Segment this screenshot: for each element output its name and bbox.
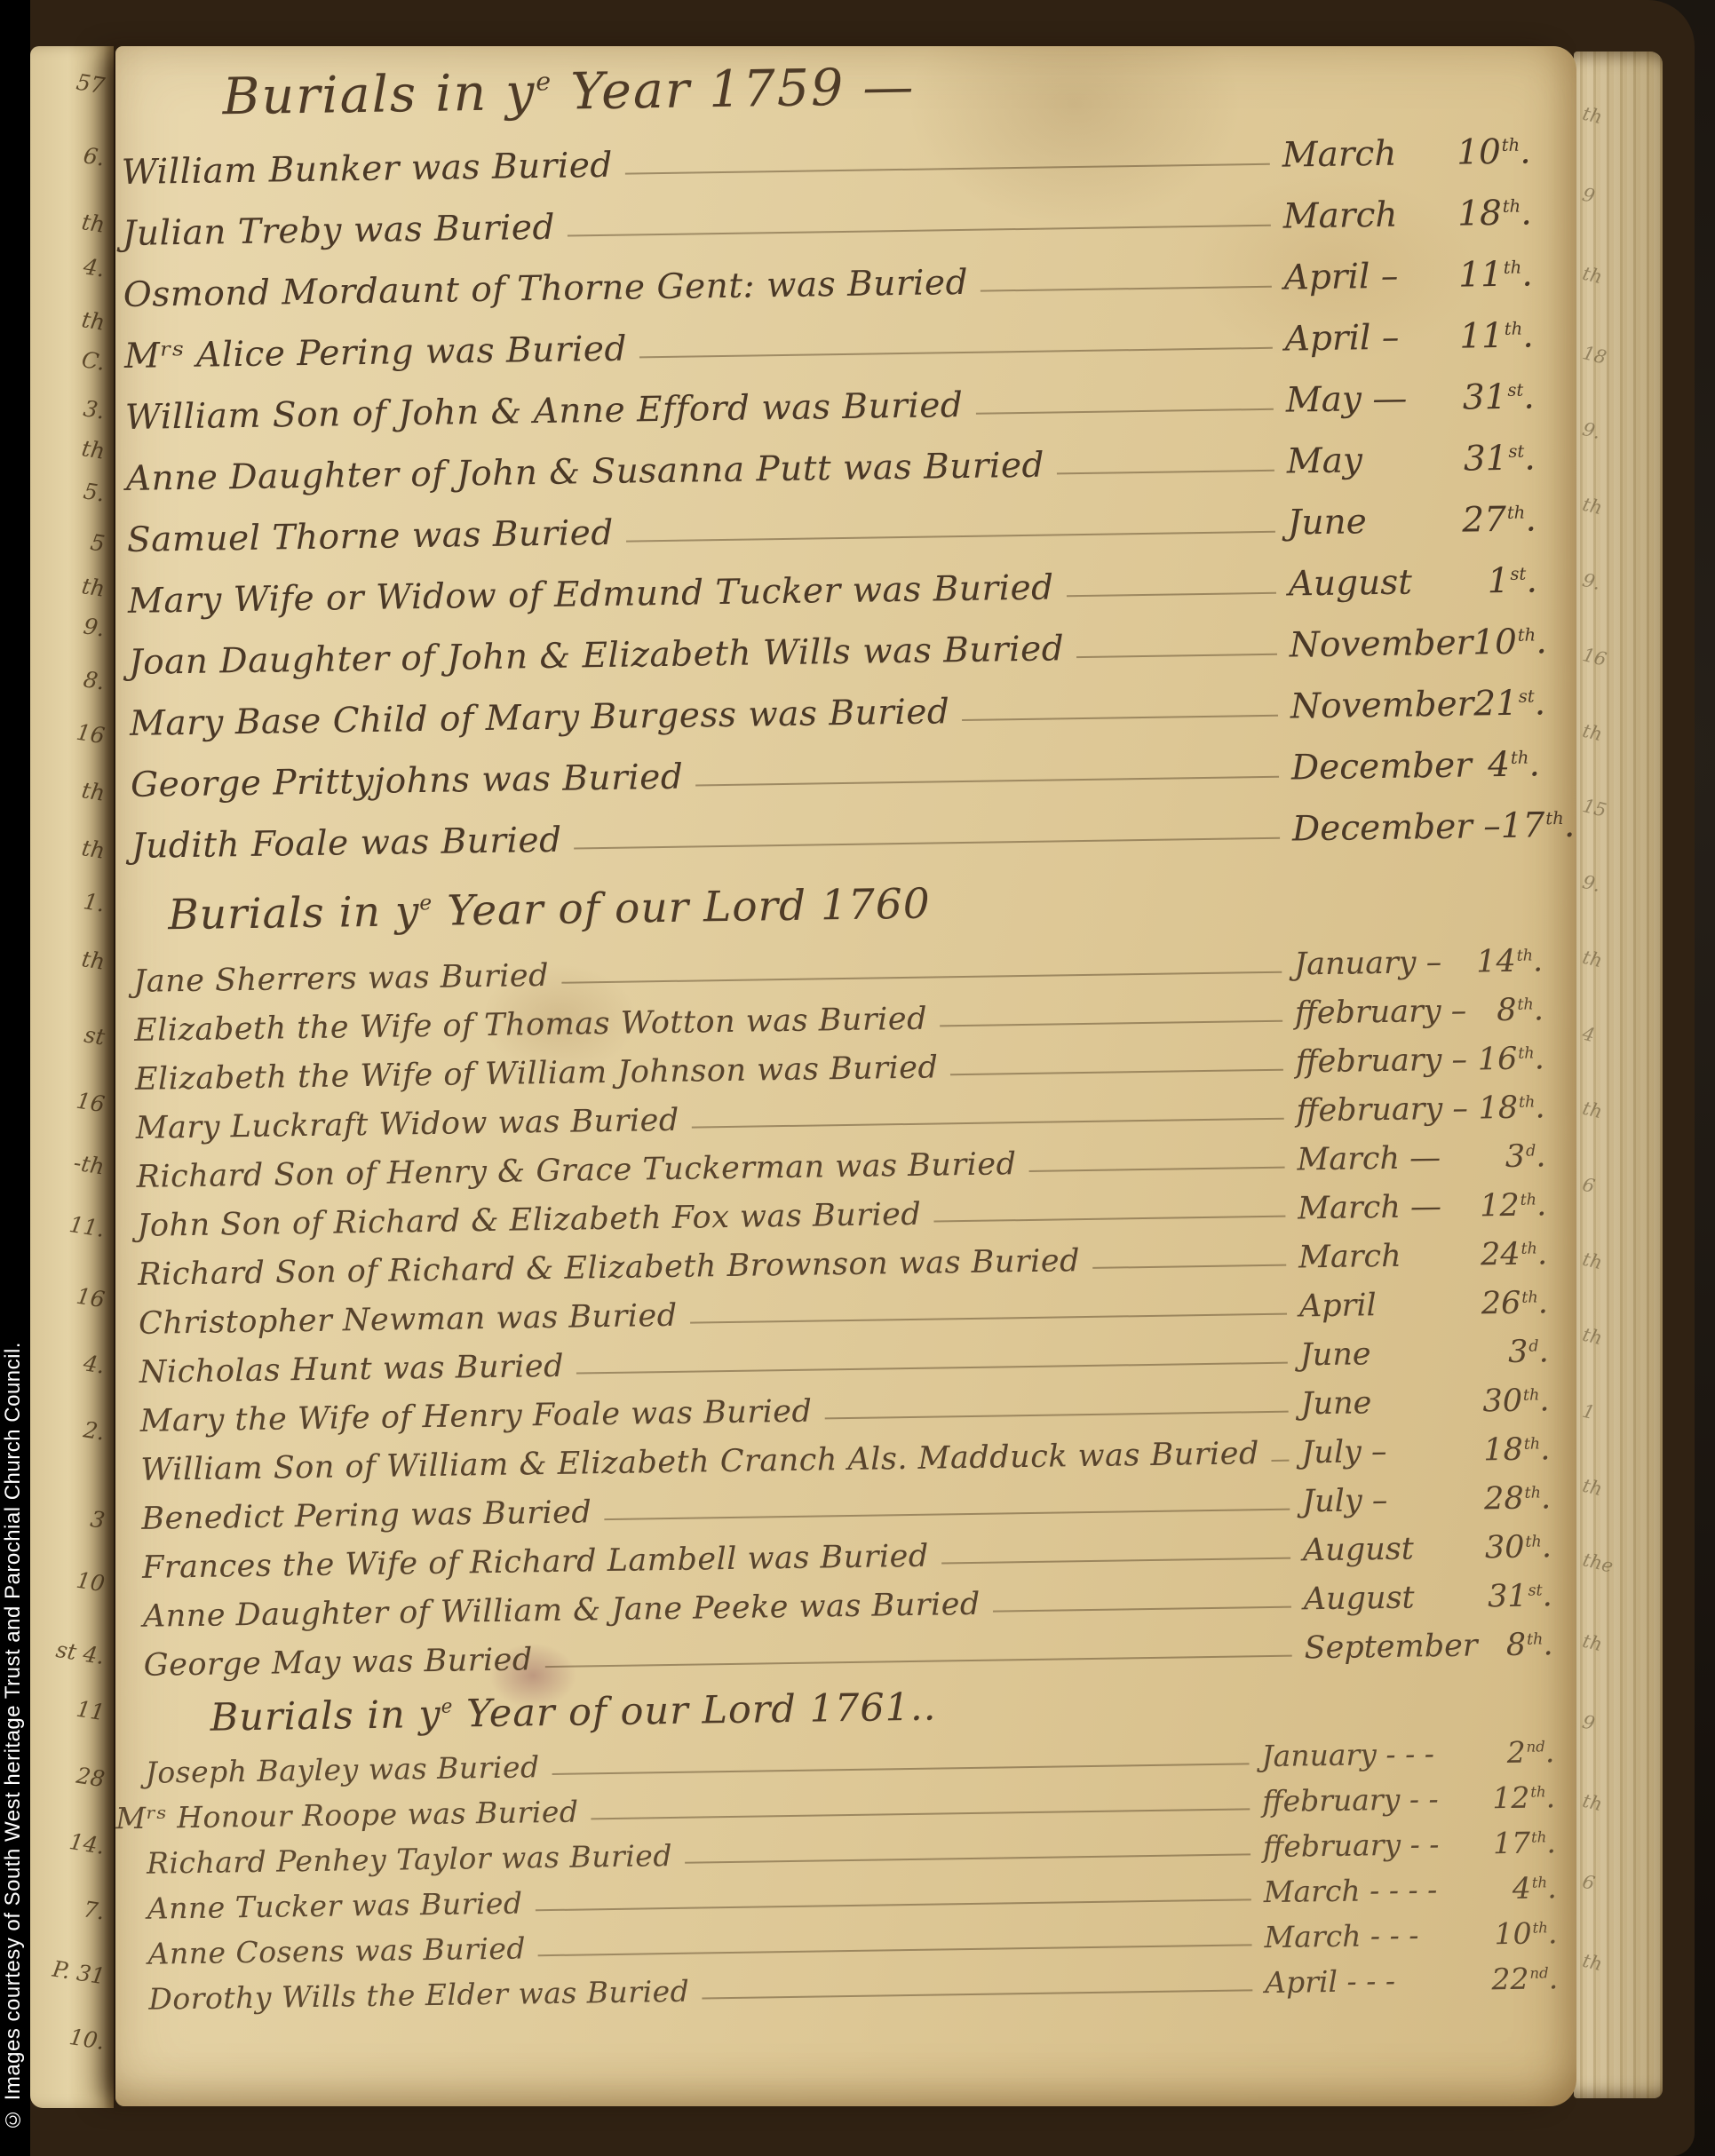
title-text: Burials in y bbox=[210, 1692, 441, 1740]
ruled-line bbox=[538, 1944, 1251, 1956]
ruled-line bbox=[561, 971, 1282, 984]
title-superscript: e bbox=[419, 890, 433, 915]
entry-name: Mʳˢ Honour Roope was Buried bbox=[115, 1795, 579, 1836]
edge-text-fragment: 16 bbox=[75, 1088, 107, 1118]
burial-date: ffebruary –16th. bbox=[1296, 1041, 1545, 1080]
burial-month: March bbox=[1298, 1239, 1401, 1276]
edge-text-fragment: th bbox=[1580, 1098, 1604, 1123]
entry-name: Jane Sherrers was Buried bbox=[133, 958, 549, 1000]
edge-text-fragment: st bbox=[83, 1021, 107, 1050]
ruled-line bbox=[975, 408, 1273, 415]
burial-month: March - - - bbox=[1264, 1918, 1418, 1955]
burial-month: May — bbox=[1285, 379, 1407, 421]
burial-month: July – bbox=[1302, 1483, 1388, 1519]
edge-text-fragment: 9 bbox=[1580, 184, 1597, 208]
burial-day: 12th. bbox=[1492, 1779, 1555, 1815]
section-1759: Burials in ye Year 1759 — William Bunker… bbox=[120, 48, 1542, 887]
burial-day: 14th. bbox=[1476, 943, 1544, 979]
page-content: Burials in ye Year 1759 — William Bunker… bbox=[100, 36, 1592, 2117]
burial-date: June3d. bbox=[1299, 1334, 1549, 1373]
ruled-line bbox=[685, 1853, 1251, 1863]
ruled-line bbox=[552, 1763, 1250, 1775]
edge-text-fragment: 3. bbox=[82, 395, 107, 424]
ruled-line bbox=[568, 225, 1271, 237]
burial-day: 8th. bbox=[1497, 992, 1544, 1028]
edge-text-fragment: 9. bbox=[1580, 871, 1602, 896]
edge-text-fragment: 4. bbox=[82, 1350, 107, 1378]
burial-month: ffebruary – bbox=[1296, 1091, 1468, 1130]
burial-month: August bbox=[1304, 1581, 1415, 1618]
edge-text-fragment: th bbox=[80, 835, 107, 864]
section-1761: Burials in ye Year of our Lord 1761.. Jo… bbox=[144, 1676, 1558, 2027]
edge-text-fragment: P. 31 bbox=[51, 1956, 107, 1990]
burial-day: 10th. bbox=[1457, 131, 1531, 172]
ruled-line bbox=[824, 1411, 1288, 1420]
burial-day: 21st. bbox=[1473, 683, 1546, 724]
edge-text-fragment: th bbox=[1580, 103, 1604, 129]
burial-date: December –17th. bbox=[1292, 805, 1542, 849]
ruled-line bbox=[933, 1216, 1285, 1223]
burial-date: March —12th. bbox=[1298, 1187, 1547, 1226]
burial-month: April – bbox=[1284, 318, 1399, 360]
entry-name: Samuel Thorne was Buried bbox=[127, 513, 614, 560]
burial-month: December – bbox=[1292, 806, 1501, 849]
title-superscript: e bbox=[536, 67, 552, 96]
edge-text-fragment: 11. bbox=[67, 1211, 107, 1242]
ruled-line bbox=[575, 837, 1280, 850]
burial-day: 17th. bbox=[1500, 805, 1575, 846]
burial-day: 24th. bbox=[1481, 1236, 1548, 1272]
ruled-line bbox=[690, 1313, 1287, 1324]
burial-day: 18th. bbox=[1478, 1090, 1545, 1126]
edge-text-fragment: 4 bbox=[1580, 1023, 1597, 1047]
edge-text-fragment: th bbox=[80, 306, 107, 336]
burial-day: 10th. bbox=[1473, 622, 1547, 662]
burial-date: January - - -2nd. bbox=[1261, 1734, 1555, 1773]
burial-date: April –11th. bbox=[1284, 315, 1534, 359]
burial-day: 31st. bbox=[1488, 1578, 1552, 1614]
entry-name: Mary Luckraft Widow was Buried bbox=[135, 1103, 679, 1146]
burial-date: March —3d. bbox=[1297, 1138, 1546, 1177]
burial-month: August bbox=[1289, 562, 1413, 604]
entry-name: Julian Treby was Buried bbox=[123, 208, 556, 254]
burial-day: 11th. bbox=[1458, 254, 1533, 295]
section-1760: Burials in ye Year of our Lord 1760 Jane… bbox=[132, 870, 1553, 1696]
entry-name: Benedict Pering was Buried bbox=[141, 1494, 592, 1537]
burial-day: 16th. bbox=[1478, 1041, 1545, 1077]
burial-month: ffebruary - - bbox=[1262, 1781, 1439, 1819]
burial-day: 3d. bbox=[1508, 1334, 1549, 1370]
burial-month: June bbox=[1299, 1336, 1370, 1373]
burial-month: September bbox=[1304, 1629, 1477, 1667]
burial-date: November10th. bbox=[1290, 622, 1539, 665]
entry-name: Joseph Bayley was Buried bbox=[145, 1749, 540, 1790]
title-text: Year 1759 — bbox=[552, 58, 916, 122]
burial-day: 31st. bbox=[1464, 438, 1536, 479]
burial-month: November bbox=[1290, 684, 1474, 726]
burial-day: 22nd. bbox=[1491, 1961, 1558, 1996]
burial-date: August30th. bbox=[1303, 1529, 1552, 1568]
entry-name: William Bunker was Buried bbox=[121, 146, 613, 193]
entry-name: Nicholas Hunt was Buried bbox=[139, 1349, 565, 1391]
edge-text-fragment: th bbox=[1580, 1248, 1604, 1274]
burial-day: 10th. bbox=[1494, 1915, 1557, 1951]
ruled-line bbox=[639, 347, 1273, 359]
edge-text-fragment: 6 bbox=[1580, 1174, 1597, 1198]
ruled-line bbox=[1029, 1167, 1285, 1172]
edge-text-fragment: 18 bbox=[1580, 342, 1608, 369]
burial-day: 12th. bbox=[1480, 1187, 1547, 1224]
burial-day: 8th. bbox=[1506, 1627, 1553, 1663]
ruled-line bbox=[604, 1509, 1290, 1520]
burial-date: May —31st. bbox=[1285, 377, 1535, 420]
burial-date: June30th. bbox=[1300, 1383, 1550, 1422]
edge-text-fragment: 7. bbox=[82, 1896, 107, 1924]
edge-text-fragment: 9. bbox=[1580, 569, 1602, 594]
edge-text-fragment: 2. bbox=[82, 1416, 107, 1445]
burial-day: 27th. bbox=[1462, 499, 1536, 540]
edge-text-fragment: 28 bbox=[75, 1763, 107, 1793]
burial-month: June bbox=[1287, 502, 1367, 543]
edge-text-fragment: 10 bbox=[75, 1567, 107, 1597]
burial-month: March - - - - bbox=[1263, 1872, 1437, 1909]
ruled-line bbox=[940, 1020, 1282, 1027]
edge-text-fragment: 9. bbox=[82, 613, 107, 641]
edge-text-fragment: the bbox=[1581, 1549, 1616, 1577]
title-text: Year of our Lord 1760 bbox=[433, 880, 931, 936]
burial-month: May bbox=[1286, 440, 1362, 481]
burial-day: 4th. bbox=[1513, 1870, 1557, 1906]
edge-text-fragment: 1. bbox=[82, 888, 107, 916]
entry-name: Anne Tucker was Buried bbox=[147, 1886, 523, 1926]
entry-name: Mʳˢ Alice Pering was Buried bbox=[124, 329, 628, 377]
burial-day: 26th. bbox=[1481, 1285, 1549, 1321]
burial-date: June27th. bbox=[1287, 499, 1536, 543]
ruled-line bbox=[1067, 592, 1276, 598]
edge-text-fragment: 1 bbox=[1580, 1400, 1597, 1424]
burial-day: 3d. bbox=[1505, 1138, 1546, 1175]
burial-day: 28th. bbox=[1484, 1480, 1552, 1517]
edge-text-fragment: th bbox=[1580, 720, 1604, 746]
burial-month: April - - - bbox=[1265, 1963, 1395, 2000]
edge-text-fragment: th bbox=[1580, 263, 1604, 289]
edge-text-fragment: C. bbox=[80, 346, 107, 376]
edge-text-fragment: 16 bbox=[75, 719, 107, 749]
ruled-line bbox=[981, 286, 1272, 292]
ruled-line bbox=[1092, 1264, 1286, 1269]
edge-text-fragment: 3 bbox=[89, 1506, 107, 1534]
burial-month: January - - - bbox=[1261, 1736, 1434, 1773]
burial-month: June bbox=[1300, 1385, 1371, 1422]
burial-entries-1759: William Bunker was BuriedMarch10th.Julia… bbox=[121, 131, 1541, 887]
burial-date: March24th. bbox=[1298, 1236, 1548, 1275]
entry-name: Christopher Newman was Buried bbox=[139, 1298, 678, 1342]
burial-day: 18th. bbox=[1457, 193, 1532, 234]
burial-date: ffebruary –8th. bbox=[1295, 992, 1544, 1031]
burial-date: March - - - -4th. bbox=[1263, 1870, 1557, 1909]
burial-date: July –28th. bbox=[1302, 1480, 1552, 1519]
ruled-line bbox=[962, 715, 1278, 721]
book-photo: th9th189.th9.16th159.th4th6thth1ththeth9… bbox=[0, 0, 1715, 2156]
burial-day: 31st. bbox=[1463, 377, 1536, 417]
ruled-line bbox=[1057, 470, 1274, 475]
burial-month: March bbox=[1282, 134, 1396, 176]
burial-month: March bbox=[1282, 195, 1397, 237]
burial-date: March - - -10th. bbox=[1264, 1915, 1558, 1954]
edge-text-fragment: 10. bbox=[67, 2024, 107, 2055]
burial-month: ffebruary - - bbox=[1263, 1827, 1440, 1864]
edge-text-fragment: 16 bbox=[1580, 644, 1608, 670]
burial-date: August31st. bbox=[1304, 1578, 1553, 1617]
burial-date: January –14th. bbox=[1294, 943, 1544, 982]
burial-date: ffebruary - -12th. bbox=[1262, 1779, 1556, 1819]
edge-text-fragment: 11 bbox=[75, 1696, 107, 1726]
burial-date: April –11th. bbox=[1283, 254, 1533, 297]
burial-month: January – bbox=[1294, 945, 1442, 982]
burial-month: December bbox=[1291, 746, 1473, 789]
ruled-line bbox=[1272, 1460, 1290, 1462]
burial-date: ffebruary –18th. bbox=[1296, 1090, 1545, 1129]
burial-date: March10th. bbox=[1282, 131, 1531, 175]
edge-text-fragment: th bbox=[80, 435, 107, 464]
entry-name: Dorothy Wills the Elder was Buried bbox=[148, 1974, 689, 2017]
edge-text-fragment: th bbox=[80, 777, 107, 806]
ruled-line bbox=[576, 1362, 1288, 1375]
edge-text-fragment: th bbox=[1580, 1324, 1604, 1350]
burial-date: July –18th. bbox=[1301, 1431, 1551, 1470]
burial-day: 30th. bbox=[1482, 1383, 1550, 1419]
entry-name: Anne Cosens was Buried bbox=[147, 1930, 526, 1970]
entry-name: George Prittyjohns was Buried bbox=[131, 757, 684, 805]
register-page: Burials in ye Year 1759 — William Bunker… bbox=[115, 46, 1576, 2106]
edge-text-fragment: th bbox=[1580, 947, 1604, 972]
burial-day: 30th. bbox=[1485, 1529, 1552, 1565]
ruled-line bbox=[692, 1118, 1284, 1129]
burial-entries-1761: Joseph Bayley was BuriedJanuary - - -2nd… bbox=[145, 1734, 1558, 2027]
title-superscript: e bbox=[441, 1696, 453, 1718]
edge-text-fragment: -th bbox=[72, 1149, 107, 1179]
edge-text-fragment: th bbox=[1580, 494, 1604, 519]
burial-entries-1760: Jane Sherrers was BuriedJanuary –14th.El… bbox=[133, 943, 1553, 1696]
burial-day: 17th. bbox=[1493, 1825, 1556, 1860]
title-text: Burials in y bbox=[168, 887, 420, 939]
edge-text-fragment: 14. bbox=[67, 1828, 107, 1859]
edge-text-fragment: st 4. bbox=[54, 1637, 107, 1669]
burial-day: 18th. bbox=[1483, 1431, 1551, 1468]
ruled-line bbox=[941, 1558, 1290, 1565]
ruled-line bbox=[695, 776, 1279, 787]
edge-text-fragment: 15 bbox=[1580, 795, 1608, 821]
burial-date: ffebruary - -17th. bbox=[1263, 1825, 1557, 1864]
burial-month: ffebruary – bbox=[1296, 1042, 1468, 1081]
ruled-line bbox=[625, 163, 1270, 175]
entry-name: Richard Penhey Taylor was Buried bbox=[147, 1838, 672, 1881]
title-text: Burials in y bbox=[222, 63, 536, 126]
burial-date: March18th. bbox=[1282, 193, 1532, 236]
burial-date: December4th. bbox=[1291, 744, 1541, 788]
burial-date: April - - -22nd. bbox=[1265, 1961, 1559, 2000]
left-page-edge: 576.th4.thC.3.th5.5th9.8.16thth1.thst16-… bbox=[30, 46, 114, 2108]
ruled-line bbox=[993, 1606, 1291, 1613]
burial-day: 2nd. bbox=[1506, 1734, 1554, 1770]
ruled-line bbox=[536, 1898, 1251, 1911]
ruled-line bbox=[592, 1808, 1251, 1819]
edge-text-fragment: 5 bbox=[89, 529, 107, 557]
burial-date: April26th. bbox=[1299, 1285, 1549, 1324]
ruled-line bbox=[626, 531, 1275, 543]
entry-name: Judith Foale was Buried bbox=[131, 820, 562, 867]
entry-name: George May was Buried bbox=[143, 1642, 533, 1683]
burial-date: November21st. bbox=[1290, 683, 1540, 726]
burial-day: 11th. bbox=[1459, 315, 1534, 356]
burial-month: ffebruary – bbox=[1295, 994, 1467, 1032]
edge-text-fragment: 9. bbox=[1580, 418, 1602, 443]
burial-date: August1st. bbox=[1289, 560, 1538, 604]
edge-text-fragment: th bbox=[80, 573, 107, 602]
edge-text-fragment: th bbox=[1580, 1475, 1604, 1501]
burial-month: November bbox=[1290, 622, 1473, 665]
title-text: Year of our Lord 1761.. bbox=[453, 1685, 937, 1737]
burial-day: 4th. bbox=[1488, 744, 1540, 785]
edge-text-fragment: 16 bbox=[75, 1283, 107, 1313]
edge-text-fragment: 5. bbox=[82, 478, 107, 506]
burial-day: 1st. bbox=[1487, 560, 1537, 601]
ruled-line bbox=[702, 1989, 1252, 1999]
burial-month: March — bbox=[1298, 1189, 1441, 1226]
edge-text-fragment: th bbox=[80, 946, 107, 975]
burial-date: September8th. bbox=[1304, 1627, 1553, 1666]
burial-month: August bbox=[1303, 1532, 1414, 1569]
edge-text-fragment: 8. bbox=[82, 666, 107, 694]
copyright-notice: © Images courtesy of South West heritage… bbox=[1, 675, 29, 2131]
burial-month: April – bbox=[1283, 257, 1398, 298]
burial-date: May31st. bbox=[1286, 438, 1536, 481]
burial-month: March — bbox=[1297, 1140, 1441, 1177]
ruled-line bbox=[545, 1655, 1292, 1668]
ruled-line bbox=[1076, 654, 1277, 658]
burial-month: April bbox=[1299, 1288, 1377, 1324]
burial-month: July – bbox=[1301, 1434, 1387, 1470]
ruled-line bbox=[950, 1069, 1283, 1076]
